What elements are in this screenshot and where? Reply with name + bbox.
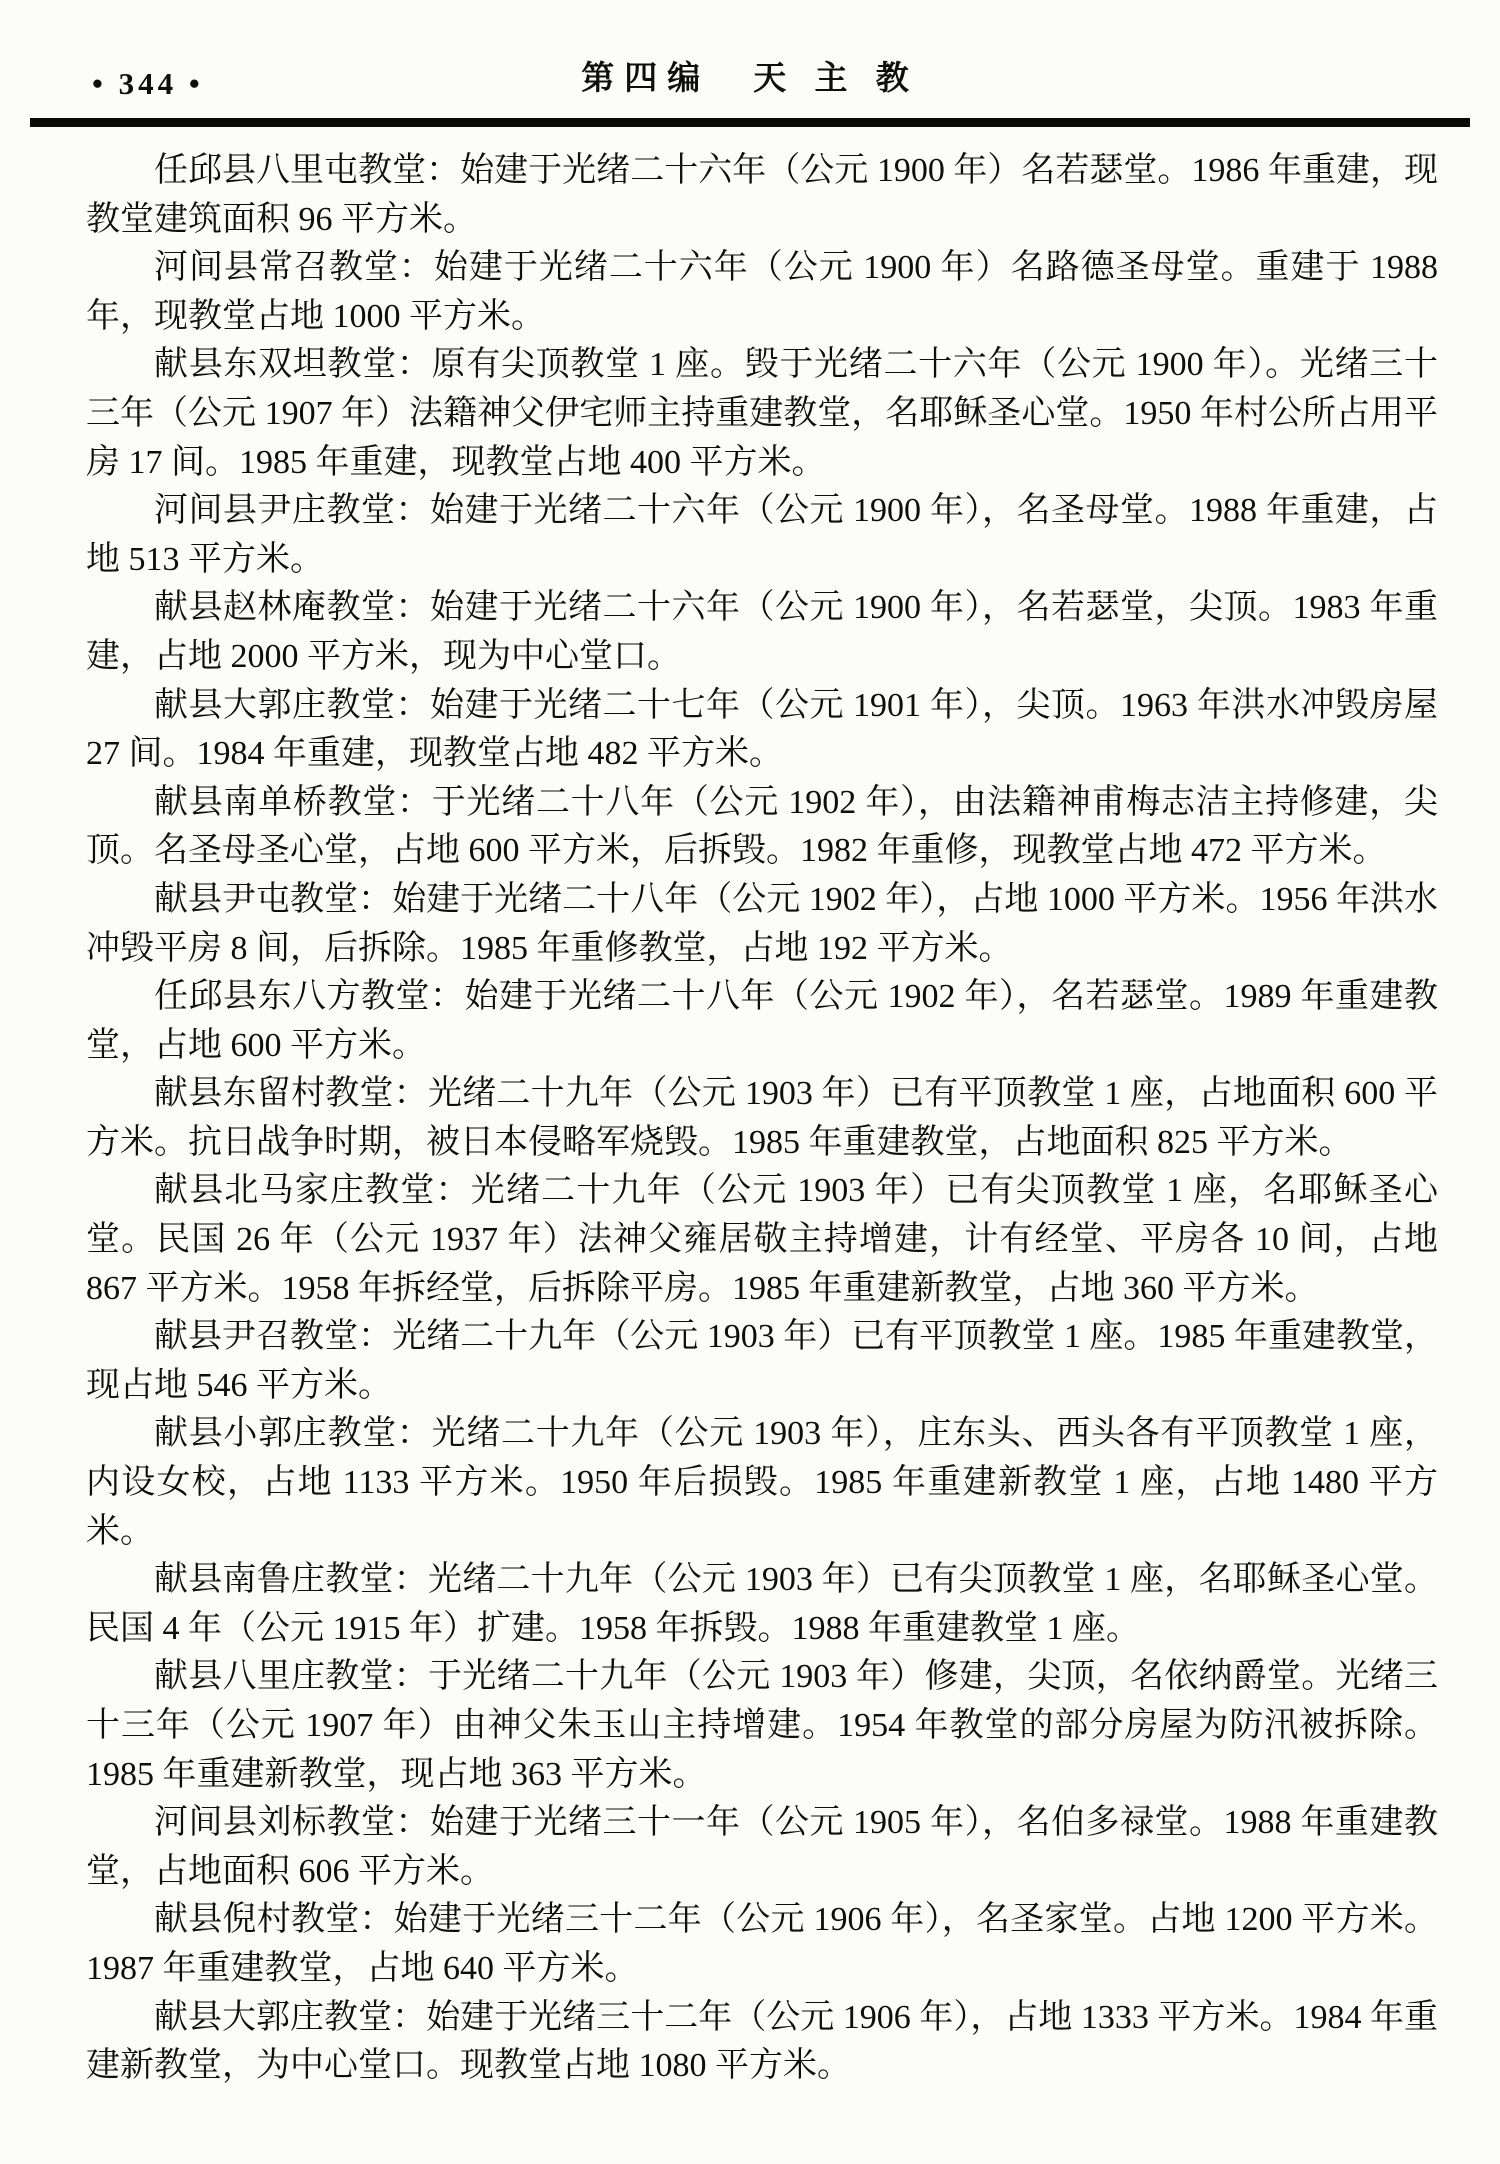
- paragraph: 河间县常召教堂：始建于光绪二十六年（公元 1900 年）名路德圣母堂。重建于 1…: [86, 244, 1438, 341]
- paragraph: 献县尹召教堂：光绪二十九年（公元 1903 年）已有平顶教堂 1 座。1985 …: [86, 1313, 1438, 1410]
- paragraph: 献县南鲁庄教堂：光绪二十九年（公元 1903 年）已有尖顶教堂 1 座，名耶稣圣…: [86, 1556, 1438, 1653]
- paragraph: 献县东双坦教堂：原有尖顶教堂 1 座。毁于光绪二十六年（公元 1900 年）。光…: [86, 341, 1438, 487]
- paragraph: 献县小郭庄教堂：光绪二十九年（公元 1903 年），庄东头、西头各有平顶教堂 1…: [86, 1410, 1438, 1556]
- paragraph: 献县大郭庄教堂：始建于光绪二十七年（公元 1901 年），尖顶。1963 年洪水…: [86, 682, 1438, 779]
- header-rule: [30, 118, 1470, 127]
- paragraph: 献县东留村教堂：光绪二十九年（公元 1903 年）已有平顶教堂 1 座，占地面积…: [86, 1070, 1438, 1167]
- paragraph: 献县八里庄教堂：于光绪二十九年（公元 1903 年）修建，尖顶，名依纳爵堂。光绪…: [86, 1653, 1438, 1799]
- book-page: • 344 • 第四编 天 主 教 任邱县八里屯教堂：始建于光绪二十六年（公元 …: [0, 0, 1500, 2164]
- paragraph: 任邱县东八方教堂：始建于光绪二十八年（公元 1902 年），名若瑟堂。1989 …: [86, 973, 1438, 1070]
- body-text: 任邱县八里屯教堂：始建于光绪二十六年（公元 1900 年）名若瑟堂。1986 年…: [0, 127, 1500, 2091]
- paragraph: 任邱县八里屯教堂：始建于光绪二十六年（公元 1900 年）名若瑟堂。1986 年…: [86, 147, 1438, 244]
- paragraph: 献县赵林庵教堂：始建于光绪二十六年（公元 1900 年），名若瑟堂，尖顶。198…: [86, 584, 1438, 681]
- paragraph: 献县尹屯教堂：始建于光绪二十八年（公元 1902 年），占地 1000 平方米。…: [86, 876, 1438, 973]
- page-number: • 344 •: [92, 66, 204, 102]
- paragraph: 河间县刘标教堂：始建于光绪三十一年（公元 1905 年），名伯多禄堂。1988 …: [86, 1799, 1438, 1896]
- paragraph: 献县北马家庄教堂：光绪二十九年（公元 1903 年）已有尖顶教堂 1 座，名耶稣…: [86, 1167, 1438, 1313]
- paragraph: 河间县尹庄教堂：始建于光绪二十六年（公元 1900 年），名圣母堂。1988 年…: [86, 487, 1438, 584]
- paragraph: 献县南单桥教堂：于光绪二十八年（公元 1902 年），由法籍神甫梅志洁主持修建，…: [86, 779, 1438, 876]
- paragraph: 献县倪村教堂：始建于光绪三十二年（公元 1906 年），名圣家堂。占地 1200…: [86, 1896, 1438, 1993]
- section-title: 第四编 天 主 教: [0, 52, 1500, 99]
- page-header: • 344 • 第四编 天 主 教: [0, 0, 1500, 118]
- paragraph: 献县大郭庄教堂：始建于光绪三十二年（公元 1906 年），占地 1333 平方米…: [86, 1994, 1438, 2091]
